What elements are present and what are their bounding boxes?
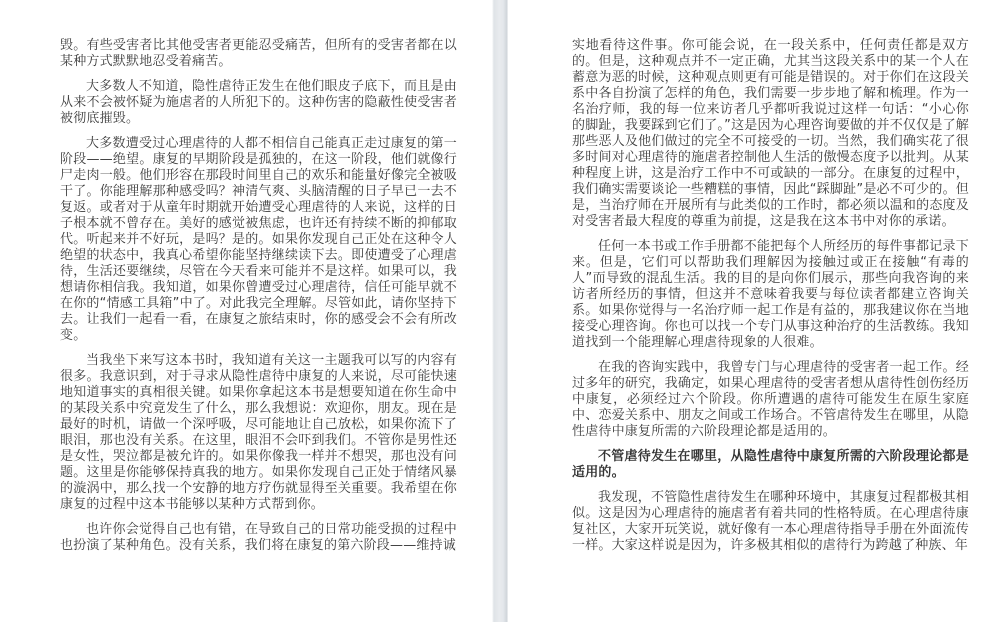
paragraph: 大多数遭受过心理虐待的人都不相信自己能真正走过康复的第一阶段——绝望。康复的早期… [60,136,457,344]
paragraph: 我发现，不管隐性虐待发生在哪种环境中，其康复过程都极其相似。这是因为心理虐待的施… [572,490,969,554]
paragraph: 任何一本书或工作手册都不能把每个人所经历的每件事都记录下来。但是，它们可以帮助我… [572,239,969,351]
paragraph: 也许你会觉得自己也有错，在导致自己的日常功能受损的过程中也扮演了某种角色。没有关… [60,522,457,554]
paragraph: 在我的咨询实践中，我曾专门与心理虐待的受害者一起工作。经过多年的研究，我确定，如… [572,360,969,440]
paragraph: 大多数人不知道，隐性虐待正发生在他们眼皮子底下，而且是由从来不会被怀疑为施虐者的… [60,79,457,127]
right-page-text-column: 实地看待这件事。你可能会说，在一段关系中，任何责任都是双方的。但是，这种观点并不… [572,38,969,563]
paragraph: 实地看待这件事。你可能会说，在一段关系中，任何责任都是双方的。但是，这种观点并不… [572,38,969,230]
right-page: 实地看待这件事。你可能会说，在一段关系中，任何责任都是双方的。但是，这种观点并不… [508,0,1000,622]
book-spine-gutter [492,0,508,622]
paragraph: 当我坐下来写这本书时，我知道有关这一主题我可以写的内容有很多。我意识到，对于寻求… [60,353,457,513]
left-page-text-column: 毁。有些受害者比其他受害者更能忍受痛苦，但所有的受害者都在以某种方式默默地忍受着… [60,38,457,563]
book-spread: 毁。有些受害者比其他受害者更能忍受痛苦，但所有的受害者都在以某种方式默默地忍受着… [0,0,1000,622]
paragraph: 毁。有些受害者比其他受害者更能忍受痛苦，但所有的受害者都在以某种方式默默地忍受着… [60,38,457,70]
paragraph-emphasized: 不管虐待发生在哪里，从隐性虐待中康复所需的六阶段理论都是适用的。 [572,449,969,481]
left-page: 毁。有些受害者比其他受害者更能忍受痛苦，但所有的受害者都在以某种方式默默地忍受着… [0,0,492,622]
